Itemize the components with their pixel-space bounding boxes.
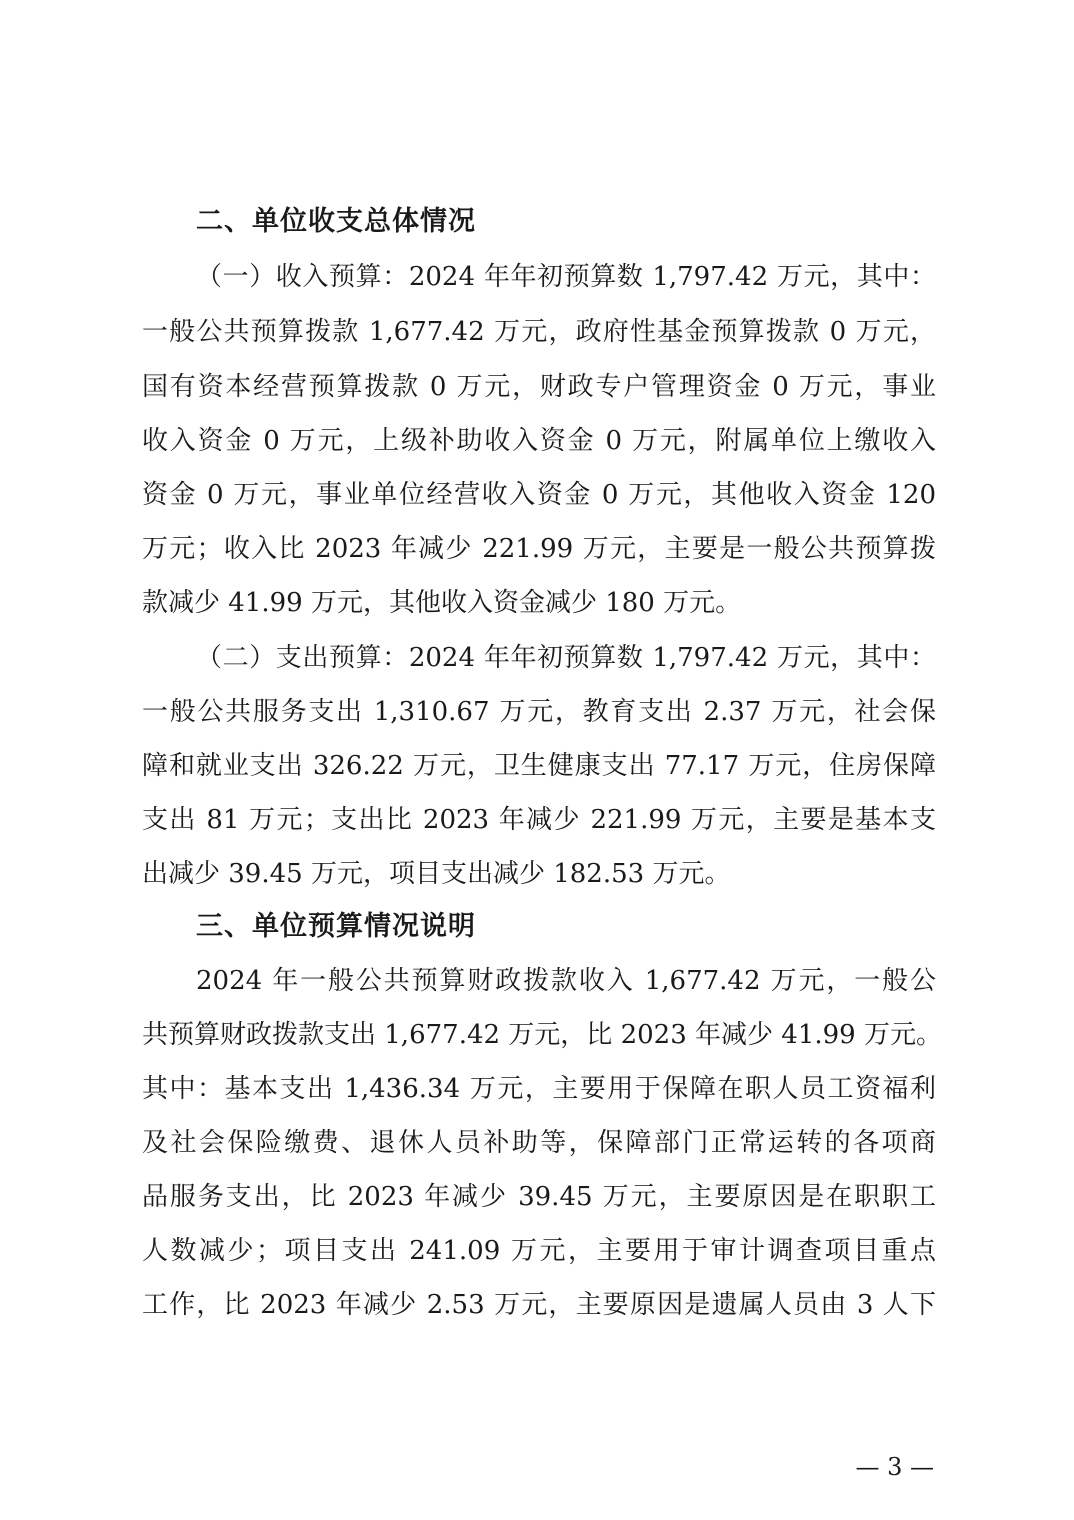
paragraph-line: 障和就业支出 326.22 万元，卫生健康支出 77.17 万元，住房保障 [142,746,936,786]
paragraph-line: 及社会保险缴费、退休人员补助等，保障部门正常运转的各项商 [142,1123,936,1163]
paragraph-line: 款减少 41.99 万元，其他收入资金减少 180 万元。 [142,583,936,623]
section-heading-2: 二、单位收支总体情况 [196,202,476,242]
paragraph-line: 国有资本经营预算拨款 0 万元，财政专户管理资金 0 万元，事业 [142,367,936,407]
paragraph-line: 万元；收入比 2023 年减少 221.99 万元，主要是一般公共预算拨 [142,529,936,569]
paragraph-line: 一般公共预算拨款 1,677.42 万元，政府性基金预算拨款 0 万元， [142,312,936,352]
paragraph-line: 其中：基本支出 1,436.34 万元，主要用于保障在职人员工资福利 [142,1069,936,1109]
paragraph-line: 人数减少；项目支出 241.09 万元，主要用于审计调查项目重点 [142,1231,936,1271]
paragraph-line: 支出 81 万元；支出比 2023 年减少 221.99 万元，主要是基本支 [142,800,936,840]
page-number: — 3 — [855,1452,934,1482]
document-page: 二、单位收支总体情况 （一）收入预算：2024 年年初预算数 1,797.42 … [0,0,1074,1520]
paragraph-line: 出减少 39.45 万元，项目支出减少 182.53 万元。 [142,854,936,894]
paragraph-line: （一）收入预算：2024 年年初预算数 1,797.42 万元，其中： [196,257,936,297]
paragraph-line: 资金 0 万元，事业单位经营收入资金 0 万元，其他收入资金 120 [142,475,936,515]
paragraph-line: 工作，比 2023 年减少 2.53 万元，主要原因是遗属人员由 3 人下 [142,1285,936,1325]
paragraph-line: 一般公共服务支出 1,310.67 万元，教育支出 2.37 万元，社会保 [142,692,936,732]
paragraph-line: 2024 年一般公共预算财政拨款收入 1,677.42 万元，一般公 [196,961,936,1001]
paragraph-line: （二）支出预算：2024 年年初预算数 1,797.42 万元，其中： [196,638,936,678]
section-heading-3: 三、单位预算情况说明 [196,907,476,947]
paragraph-line: 收入资金 0 万元，上级补助收入资金 0 万元，附属单位上缴收入 [142,421,936,461]
paragraph-line: 品服务支出，比 2023 年减少 39.45 万元，主要原因是在职职工 [142,1177,936,1217]
paragraph-line: 共预算财政拨款支出 1,677.42 万元，比 2023 年减少 41.99 万… [142,1015,936,1055]
